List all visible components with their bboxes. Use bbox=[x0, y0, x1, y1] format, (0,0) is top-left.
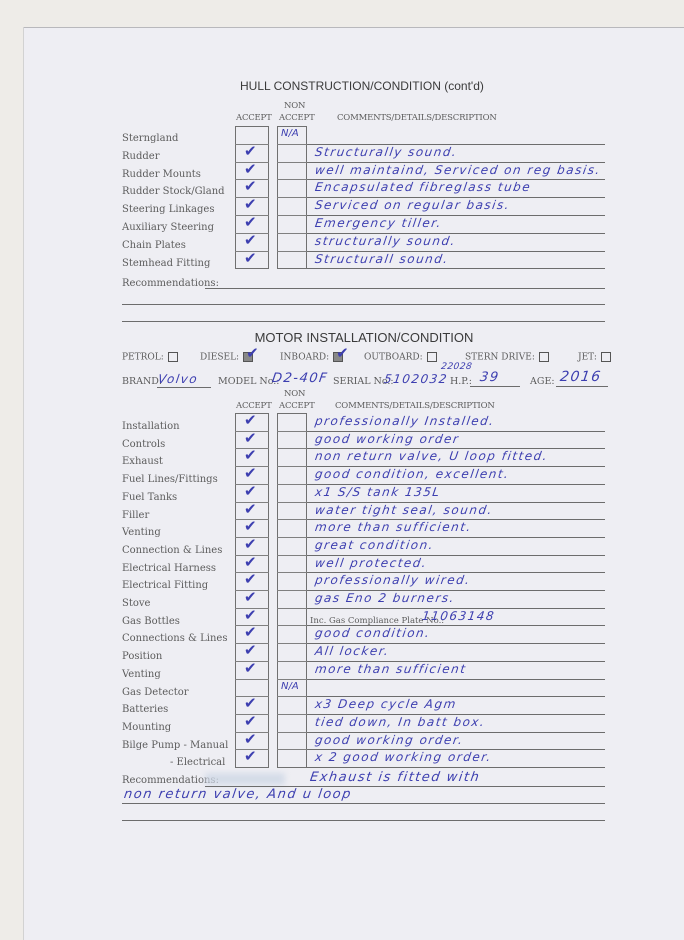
engine-type-option[interactable]: STERN DRIVE: bbox=[465, 352, 549, 363]
hull-col-non: NON bbox=[284, 101, 305, 111]
engine-type-label: JET: bbox=[578, 353, 597, 363]
checkmark-icon[interactable]: ✔ bbox=[244, 590, 257, 605]
checkmark-icon[interactable]: ✔ bbox=[244, 233, 257, 248]
row-comment: professionally wired. bbox=[314, 573, 472, 587]
grid-line bbox=[277, 732, 307, 733]
row-label: Connection & Lines bbox=[122, 545, 222, 556]
row-comment: well protected. bbox=[314, 556, 428, 570]
motor-col-comments: COMMENTS/DETAILS/DESCRIPTION bbox=[335, 401, 495, 411]
checkmark-icon[interactable]: ✔ bbox=[244, 413, 257, 428]
row-comment: x1 S/S tank 135L bbox=[314, 485, 442, 499]
hull-recommendations-line-3 bbox=[122, 321, 605, 322]
grid-line bbox=[277, 714, 307, 715]
row-comment: x3 Deep cycle Agm bbox=[314, 697, 458, 711]
checkmark-icon[interactable]: ✔ bbox=[244, 537, 257, 552]
checkmark-icon[interactable]: ✔ bbox=[244, 749, 257, 764]
row-label: Rudder bbox=[122, 151, 159, 162]
checkmark-icon[interactable]: ✔ bbox=[244, 643, 257, 658]
checkmark-icon: ✔ bbox=[246, 344, 259, 362]
hull-col-non-accept: ACCEPT bbox=[279, 113, 315, 123]
row-comment: water tight seal, sound. bbox=[314, 503, 494, 517]
age-underline bbox=[556, 386, 608, 387]
hull-section-title: HULL CONSTRUCTION/CONDITION (cont'd) bbox=[240, 79, 480, 93]
engine-type-label: INBOARD: bbox=[280, 353, 329, 363]
checkmark-icon[interactable]: ✔ bbox=[244, 179, 257, 194]
row-label: Stemhead Fitting bbox=[122, 258, 210, 269]
row-comment: structurally sound. bbox=[314, 234, 457, 248]
row-label: Bilge Pump - Manual bbox=[122, 740, 228, 751]
engine-type-label: OUTBOARD: bbox=[364, 353, 423, 363]
row-label: Sterngland bbox=[122, 133, 178, 144]
checkmark-icon[interactable]: ✔ bbox=[244, 661, 257, 676]
grid-line bbox=[277, 144, 307, 145]
hp-underline bbox=[470, 386, 520, 387]
checkmark-icon[interactable]: ✔ bbox=[244, 608, 257, 623]
hull-recommendations-line-2 bbox=[122, 304, 605, 305]
age-label: AGE: bbox=[530, 376, 555, 387]
checkmark-icon[interactable]: ✔ bbox=[244, 466, 257, 481]
row-label: Gas Detector bbox=[122, 687, 189, 698]
comment-line bbox=[307, 268, 605, 269]
checkmark-icon[interactable]: ✔ bbox=[244, 484, 257, 499]
row-comment: gas Eno 2 burners. bbox=[314, 591, 456, 605]
row-label: Controls bbox=[122, 439, 165, 450]
engine-type-checkbox[interactable] bbox=[601, 352, 611, 362]
row-label: Gas Bottles bbox=[122, 616, 180, 627]
row-comment: good working order. bbox=[314, 733, 465, 747]
model-value: D2-40F bbox=[271, 371, 329, 386]
motor-recommendations-text-2: non return valve, And u loop bbox=[123, 787, 353, 802]
motor-recommendations-line-2 bbox=[122, 803, 605, 804]
checkmark-icon[interactable]: ✔ bbox=[244, 572, 257, 587]
row-comment: more than sufficient bbox=[314, 662, 467, 676]
grid-line bbox=[277, 590, 307, 591]
checkmark-icon[interactable]: ✔ bbox=[244, 215, 257, 230]
row-label: Steering Linkages bbox=[122, 204, 214, 215]
checkmark-icon[interactable]: ✔ bbox=[244, 502, 257, 517]
grid-line bbox=[277, 749, 307, 750]
grid-line bbox=[277, 215, 307, 216]
comment-line bbox=[307, 767, 605, 768]
row-comment: good condition. bbox=[314, 626, 431, 640]
engine-type-option[interactable]: PETROL: bbox=[122, 352, 178, 363]
row-label: Rudder Mounts bbox=[122, 169, 201, 180]
engine-type-option[interactable]: DIESEL:✔ bbox=[200, 352, 253, 363]
engine-type-option[interactable]: JET: bbox=[578, 352, 611, 363]
engine-type-label: DIESEL: bbox=[200, 353, 239, 363]
engine-type-option[interactable]: OUTBOARD: bbox=[364, 352, 437, 363]
checkmark-icon[interactable]: ✔ bbox=[244, 162, 257, 177]
row-comment: Serviced on regular basis. bbox=[314, 198, 511, 212]
correction-smudge bbox=[205, 773, 285, 785]
grid-line bbox=[277, 661, 307, 662]
row-comment: x 2 good working order. bbox=[314, 750, 493, 764]
row-label: Connections & Lines bbox=[122, 633, 227, 644]
engine-type-checkbox[interactable] bbox=[168, 352, 178, 362]
row-label: Auxiliary Steering bbox=[122, 222, 214, 233]
row-comment: tied down, In batt box. bbox=[314, 715, 486, 729]
checkmark-icon[interactable]: ✔ bbox=[244, 519, 257, 534]
row-label: Venting bbox=[122, 669, 161, 680]
gas-compliance-number: 11063148 bbox=[421, 609, 496, 623]
hp-label: H.P.: bbox=[450, 376, 472, 387]
checkmark-icon[interactable]: ✔ bbox=[244, 625, 257, 640]
grid-line bbox=[277, 484, 307, 485]
grid-line bbox=[277, 179, 307, 180]
non-accept-mark[interactable]: N/A bbox=[281, 128, 299, 139]
checkmark-icon[interactable]: ✔ bbox=[244, 431, 257, 446]
brand-underline bbox=[157, 387, 211, 388]
engine-type-options: PETROL:DIESEL:✔INBOARD:✔OUTBOARD:STERN D… bbox=[122, 352, 622, 366]
grid-line bbox=[277, 643, 307, 644]
checkmark-icon[interactable]: ✔ bbox=[244, 448, 257, 463]
row-label: Venting bbox=[122, 527, 161, 538]
row-comment: more than sufficient. bbox=[314, 520, 473, 534]
checkmark-icon[interactable]: ✔ bbox=[244, 197, 257, 212]
grid-line bbox=[277, 431, 307, 432]
checkmark-icon[interactable]: ✔ bbox=[244, 144, 257, 159]
checkmark-icon: ✔ bbox=[336, 344, 349, 362]
checkmark-icon[interactable]: ✔ bbox=[244, 714, 257, 729]
grid-line bbox=[277, 448, 307, 449]
hull-col-comments: COMMENTS/DETAILS/DESCRIPTION bbox=[337, 113, 497, 123]
motor-col-non: NON bbox=[284, 389, 305, 399]
engine-type-checkbox[interactable]: ✔ bbox=[243, 352, 253, 362]
row-comment: well maintaind, Serviced on reg basis. bbox=[314, 163, 602, 177]
grid-line bbox=[277, 466, 307, 467]
row-comment: good working order bbox=[314, 432, 460, 446]
motor-section-title: MOTOR INSTALLATION/CONDITION bbox=[244, 330, 484, 345]
row-label: Fuel Lines/Fittings bbox=[122, 474, 218, 485]
row-label: Installation bbox=[122, 421, 180, 432]
row-comment: good condition, excellent. bbox=[314, 467, 510, 481]
engine-type-label: STERN DRIVE: bbox=[465, 353, 535, 363]
row-comment: Structurally sound. bbox=[314, 145, 458, 159]
grid-line bbox=[277, 251, 307, 252]
row-label: Electrical Harness bbox=[122, 563, 216, 574]
engine-type-checkbox[interactable] bbox=[539, 352, 549, 362]
row-comment: non return valve, U loop fitted. bbox=[314, 449, 549, 463]
checkmark-icon[interactable]: ✔ bbox=[244, 696, 257, 711]
row-comment: Emergency tiller. bbox=[314, 216, 443, 230]
row-comment: professionally Installed. bbox=[314, 414, 496, 428]
grid-line bbox=[277, 537, 307, 538]
motor-col-non-accept: ACCEPT bbox=[279, 401, 315, 411]
grid-line bbox=[277, 572, 307, 573]
non-accept-mark[interactable]: N/A bbox=[281, 681, 299, 692]
checkmark-icon[interactable]: ✔ bbox=[244, 732, 257, 747]
row-label: Position bbox=[122, 651, 162, 662]
row-comment: Encapsulated fibreglass tube bbox=[314, 180, 532, 194]
checkmark-icon[interactable]: ✔ bbox=[244, 555, 257, 570]
row-label: Electrical Fitting bbox=[122, 580, 208, 591]
age-value: 2016 bbox=[559, 369, 603, 385]
engine-type-checkbox[interactable] bbox=[427, 352, 437, 362]
brand-value: Volvo bbox=[157, 372, 199, 386]
row-label: Mounting bbox=[122, 722, 171, 733]
grid-line bbox=[277, 162, 307, 163]
grid-line bbox=[277, 233, 307, 234]
row-label: Chain Plates bbox=[122, 240, 186, 251]
grid-line bbox=[277, 696, 307, 697]
motor-recommendations-line-3 bbox=[122, 820, 605, 821]
row-label: Filler bbox=[122, 510, 149, 521]
row-comment: great condition. bbox=[314, 538, 435, 552]
hull-recommendations-line-1 bbox=[205, 288, 605, 289]
engine-type-checkbox[interactable]: ✔ bbox=[333, 352, 343, 362]
grid-line bbox=[277, 625, 307, 626]
grid-line bbox=[277, 608, 307, 609]
motor-recommendations-text-1: Exhaust is fitted with bbox=[309, 770, 481, 785]
row-comment: Structurall sound. bbox=[314, 252, 450, 266]
grid-line bbox=[277, 555, 307, 556]
row-label: Exhaust bbox=[122, 456, 163, 467]
grid-line bbox=[277, 197, 307, 198]
row-label: Stove bbox=[122, 598, 150, 609]
row-label: Fuel Tanks bbox=[122, 492, 177, 503]
row-label: Batteries bbox=[122, 704, 168, 715]
row-label: - Electrical bbox=[170, 757, 225, 768]
engine-type-option[interactable]: INBOARD:✔ bbox=[280, 352, 343, 363]
engine-type-label: PETROL: bbox=[122, 353, 164, 363]
checkmark-icon[interactable]: ✔ bbox=[244, 251, 257, 266]
motor-col-accept: ACCEPT bbox=[236, 401, 272, 411]
grid-line bbox=[235, 679, 269, 680]
serial-value: 5102032 bbox=[383, 372, 449, 386]
grid-line bbox=[277, 519, 307, 520]
row-label: Rudder Stock/Gland bbox=[122, 186, 225, 197]
serial-value-extra: 22028 bbox=[440, 362, 473, 372]
grid-line bbox=[277, 679, 307, 680]
comment-line bbox=[307, 679, 605, 680]
hp-value: 39 bbox=[479, 370, 501, 385]
hull-col-accept: ACCEPT bbox=[236, 113, 272, 123]
grid-line bbox=[277, 502, 307, 503]
row-comment: All locker. bbox=[314, 644, 390, 658]
